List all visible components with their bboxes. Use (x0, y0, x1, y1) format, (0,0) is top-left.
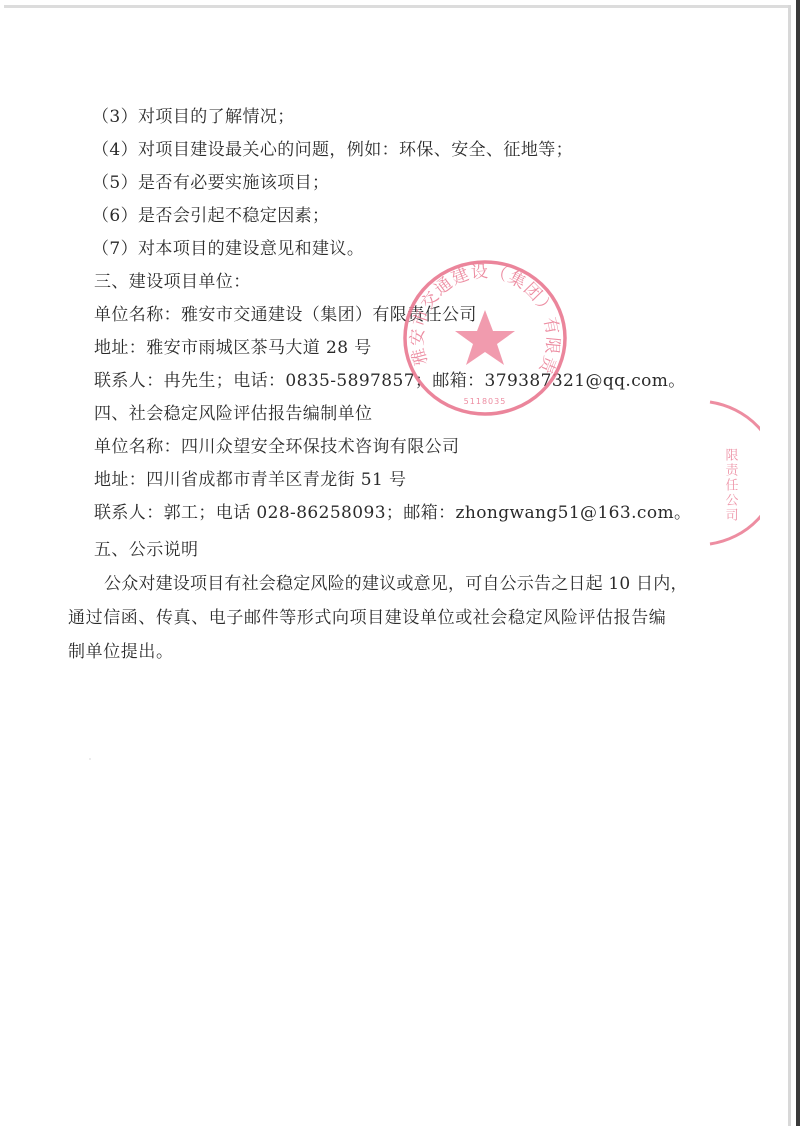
survey-item-5: （5）是否有必要实施该项目； (92, 172, 329, 194)
section-4-unit-name: 单位名称：四川众望安全环保技术咨询有限公司 (94, 436, 459, 458)
survey-item-6: （6）是否会引起不稳定因素； (92, 205, 329, 227)
section-5-heading: 五、公示说明 (94, 539, 198, 561)
notice-paragraph-line-1: 公众对建设项目有社会稳定风险的建议或意见，可自公示告之日起 10 日内， (104, 573, 688, 595)
survey-item-3: （3）对项目的了解情况； (92, 106, 295, 128)
company-seal-stamp: 雅安市交通建设（集团）有限责任公司 5118035 (400, 258, 570, 418)
section-4-contact: 联系人：郭工；电话 028-86258093；邮箱：zhongwang51@16… (94, 502, 691, 524)
edge-seal-graphic: 限责任公司 (700, 398, 760, 548)
scan-border-top (4, 5, 790, 8)
scan-speck (89, 758, 91, 760)
section-3-unit-name: 单位名称：雅安市交通建设（集团）有限责任公司 (94, 304, 477, 326)
survey-item-7: （7）对本项目的建设意见和建议。 (92, 238, 364, 260)
scan-border-right (788, 5, 791, 1126)
section-4-address: 地址：四川省成都市青羊区青龙街 51 号 (94, 469, 406, 491)
seal-graphic: 雅安市交通建设（集团）有限责任公司 5118035 (400, 258, 570, 418)
section-4-heading: 四、社会稳定风险评估报告编制单位 (94, 403, 372, 425)
notice-paragraph-line-2: 通过信函、传真、电子邮件等形式向项目建设单位或社会稳定风险评估报告编 (68, 607, 666, 629)
survey-item-4: （4）对项目建设最关心的问题，例如：环保、安全、征地等； (92, 139, 573, 161)
edge-seal-stamp: 限责任公司 (700, 398, 760, 548)
section-3-heading: 三、建设项目单位： (94, 271, 251, 293)
section-3-contact: 联系人：冉先生；电话：0835-5897857；邮箱：379387321@qq.… (94, 370, 686, 392)
section-3-address: 地址：雅安市雨城区茶马大道 28 号 (94, 337, 372, 359)
scan-page-edge (796, 0, 800, 1126)
notice-paragraph-line-3: 制单位提出。 (68, 641, 174, 663)
seal-code: 5118035 (464, 397, 507, 406)
edge-seal-text: 限责任公司 (723, 448, 739, 523)
